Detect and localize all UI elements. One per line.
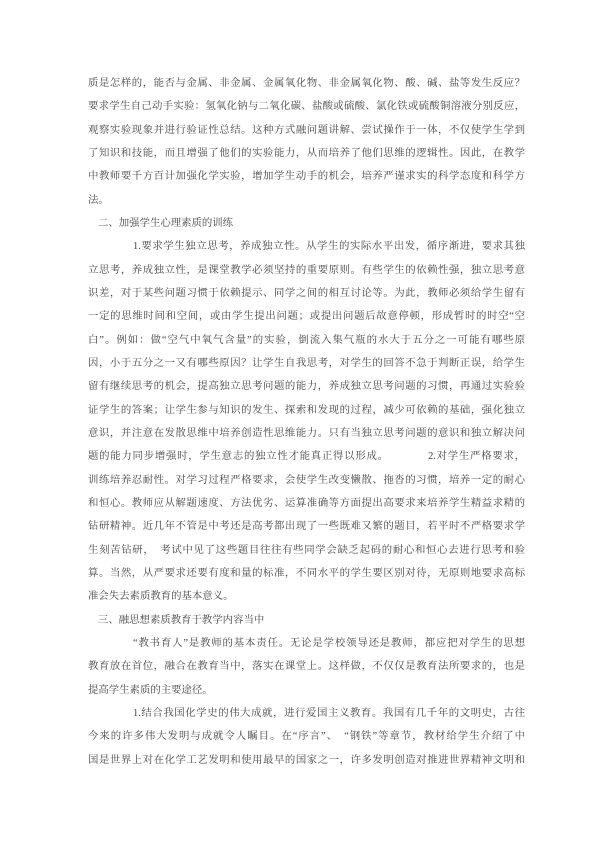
text-line: 识差，对于某些问题习惯于依赖提示、同学之间的相互讨论等。为此，教师必须给学生留有 bbox=[88, 282, 525, 305]
document-page: 质是怎样的，能否与金属、非金属、金属氧化物、非金属氧化物、酸、碱、盐等发生反应？… bbox=[0, 0, 595, 842]
text-line: 算。当然，从严要求还要有度和量的标准，不同水平的学生要区别对待，无原则地要求高标 bbox=[88, 562, 525, 585]
text-line: 和恒心。教师应从解题速度、方法优劣、运算准确等方面提出高要求来培养学生精益求精的 bbox=[88, 492, 525, 515]
text-content: 质是怎样的，能否与金属、非金属、金属氧化物、非金属氧化物、酸、碱、盐等发生反应？… bbox=[88, 72, 525, 772]
text-line: 题的能力同步增强时，学生意志的独立性才能真正得以形成。 2.对学生严格要求， bbox=[88, 445, 525, 468]
text-line: 今来的许多伟大发明与成就令人瞩目。在“序言”、 “钢铁”等章节，教材给学生介绍了… bbox=[88, 725, 525, 748]
section-heading: 二、加强学生心理素质的训练 bbox=[88, 212, 525, 235]
text-line: 中教师要千方百计加强化学实验，增加学生动手的机会，培养严谨求实的科学态度和科学方 bbox=[88, 165, 525, 188]
text-line: 观察实验现象并进行验证性总结。这种方式融问题讲解、尝试操作于一体，不仅使学生学到 bbox=[88, 119, 525, 142]
text-line: 质是怎样的，能否与金属、非金属、金属氧化物、非金属氧化物、酸、碱、盐等发生反应？ bbox=[88, 72, 525, 95]
text-line: 一定的思维时间和空间，或由学生提出问题；或提出问题后故意停顿，形成暂时的时空“空 bbox=[88, 305, 525, 328]
text-line: 留有继续思考的机会，提高独立思考问题的能力，养成独立思考问题的习惯，再通过实验验 bbox=[88, 375, 525, 398]
text-line: 白”。例如：做“空气中氧气含量”的实验，倒流入集气瓶的水大于五分之一可能有哪些原 bbox=[88, 329, 525, 352]
text-line: 钻研精神。近几年不管是中考还是高考都出现了一些既难又繁的题目，若平时不严格要求学 bbox=[88, 515, 525, 538]
text-line: 因，小于五分之一又有哪些原因？让学生自我思考，对学生的回答不急于判断正误，给学生 bbox=[88, 352, 525, 375]
text-line: 要求学生自己动手实验：氢氧化钠与二氧化碳、盐酸或硫酸、氯化铁或硫酸铜溶液分别反应… bbox=[88, 95, 525, 118]
text-line: 意识，并注意在发散思维中培养创造性思维能力。只有当独立思考问题的意识和独立解决问 bbox=[88, 422, 525, 445]
text-line: 生刻苦钻研， 考试中见了这些题目往往有些同学会缺乏起码的耐心和恒心去进行思考和验 bbox=[88, 539, 525, 562]
text-line: 教育放在首位，融合在教育当中，落实在课堂上。这样做，不仅仅是教育法所要求的，也是 bbox=[88, 655, 525, 678]
text-line: 1.结合我国化学史的伟大成就，进行爱国主义教育。我国有几千年的文明史，古往 bbox=[88, 702, 525, 725]
text-line: 了知识和技能，而且增强了他们的实验能力，从而培养了他们思维的逻辑性。因此，在教学 bbox=[88, 142, 525, 165]
text-line: 提高学生素质的主要途径。 bbox=[88, 679, 525, 702]
text-line: 1.要求学生独立思考，养成独立性。从学生的实际水平出发，循序渐进，要求其独 bbox=[88, 235, 525, 258]
text-line: 立思考，养成独立性，是课堂教学必须坚持的重要原则。有些学生的依赖性强，独立思考意 bbox=[88, 259, 525, 282]
text-line: 国是世界上对在化学工艺发明和使用最早的国家之一，许多发明创造对推进世界精神文明和 bbox=[88, 749, 525, 772]
text-line: 证学生的答案；让学生参与知识的发生、探索和发现的过程，减少可依赖的基础，强化独立 bbox=[88, 399, 525, 422]
section-heading: 三、融思想素质教育于教学内容当中 bbox=[88, 609, 525, 632]
text-line: 准会失去素质教育的基本意义。 bbox=[88, 585, 525, 608]
text-line: “教书育人”是教师的基本责任。无论是学校领导还是教师，都应把对学生的思想 bbox=[88, 632, 525, 655]
text-line: 训练培养忍耐性。对学习过程严格要求，会使学生改变懒散、拖沓的习惯，培养一定的耐心 bbox=[88, 469, 525, 492]
text-line: 法。 bbox=[88, 189, 525, 212]
